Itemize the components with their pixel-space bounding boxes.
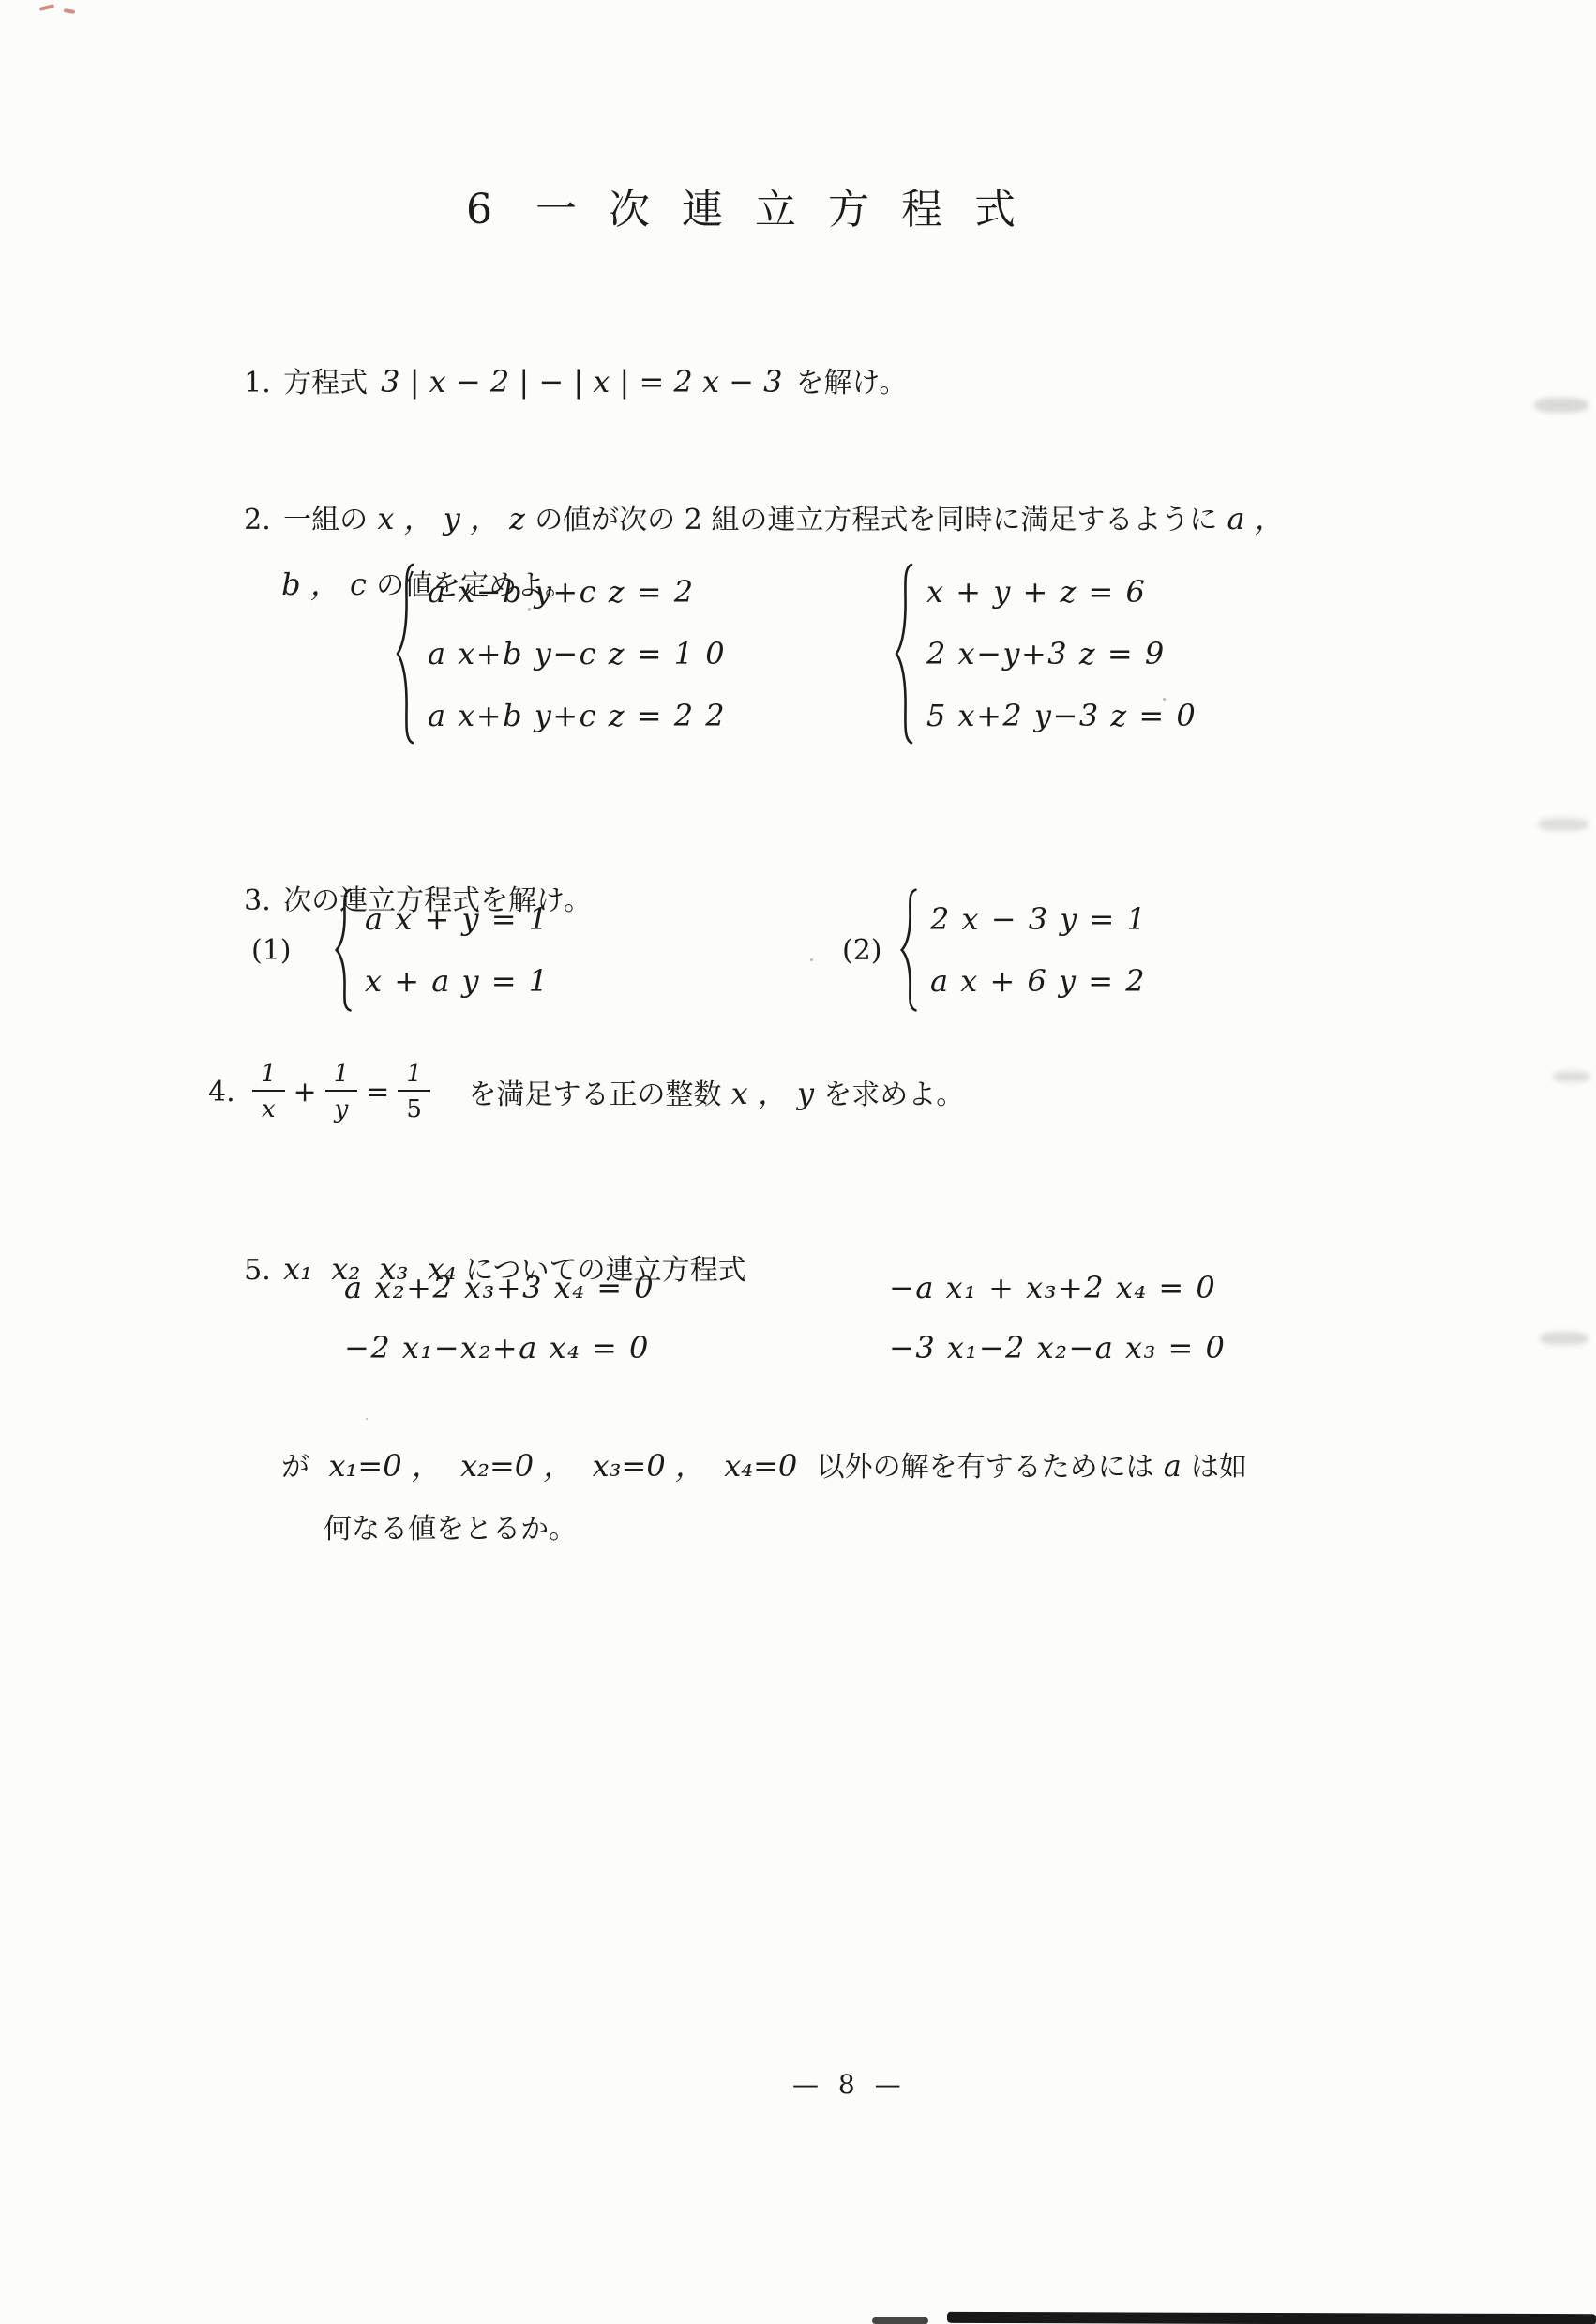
equation-row: a x + y = 1 xyxy=(365,888,550,950)
problem-1-equation: 3 | x − 2 | − | x | = 2 x − 3 xyxy=(381,364,782,400)
fraction-numerator: 1 xyxy=(325,1059,358,1092)
problem-5-text: 以外の解を有するためには xyxy=(817,1451,1154,1484)
problem-2-variables-bc: b ， c xyxy=(281,566,376,602)
equation-row: x + a y = 1 xyxy=(365,950,550,1012)
problem-5-variable-a: a xyxy=(1154,1448,1191,1484)
problem-1-number: 1. xyxy=(244,362,283,405)
left-brace-icon xyxy=(333,887,355,1013)
problem-2-variable-a: a ， xyxy=(1217,501,1284,536)
equation-system-3-2: 2 x − 3 y = 1 a x + 6 y = 2 xyxy=(898,887,1147,1013)
equation-row: −a x₁ + x₃+2 x₄ = 0 xyxy=(889,1267,1226,1308)
fraction-denominator: y xyxy=(335,1092,349,1124)
plus-operator: + xyxy=(294,1076,317,1109)
left-brace-icon xyxy=(394,561,418,747)
left-brace-icon xyxy=(893,561,917,747)
scan-artifact-bottom-edge xyxy=(947,2312,1596,2324)
equation-row: x + y + z = 6 xyxy=(926,561,1197,623)
fraction-denominator: 5 xyxy=(406,1092,422,1124)
problem-5-equations-left: a x₂+2 x₃+3 x₄ = 0 −2 x₁−x₂+a x₄ = 0 xyxy=(344,1267,655,1368)
fraction-denominator: x xyxy=(262,1092,276,1124)
problem-3-item-1-label: (1) xyxy=(251,934,292,967)
left-brace-icon xyxy=(898,887,921,1013)
problem-5-text: 何なる値をとるか。 xyxy=(324,1513,577,1546)
equation-row: a x+b y+c z = 2 2 xyxy=(428,685,726,747)
problem-4-number: 4. xyxy=(208,1076,248,1109)
equation-row: −2 x₁−x₂+a x₄ = 0 xyxy=(344,1327,655,1368)
scan-artifact-smudge xyxy=(1538,818,1588,831)
problem-4-suffix: を求めよ。 xyxy=(823,1071,964,1112)
problem-1: 1.方程式3 | x − 2 | − | x | = 2 x − 3を解け。 xyxy=(208,317,907,448)
fraction-numerator: 1 xyxy=(398,1059,430,1092)
problem-2-text: の値が次の 2 組の連立方程式を同時に満足するように xyxy=(535,504,1217,536)
equation-row: a x−b y+c z = 2 xyxy=(428,561,726,623)
equation-row: 2 x − 3 y = 1 xyxy=(930,888,1147,950)
equation-row: 2 x−y+3 z = 9 xyxy=(926,623,1197,685)
fraction-1-over-5: 1 5 xyxy=(398,1059,430,1124)
section-title-text: 一次連立方程式 xyxy=(535,186,1047,234)
scan-artifact-red xyxy=(64,8,75,14)
scan-artifact-bottom-edge xyxy=(872,2317,928,2324)
equation-system-right: x + y + z = 6 2 x−y+3 z = 9 5 x+2 y−3 z … xyxy=(893,561,1197,747)
problem-5-number: 5. xyxy=(244,1249,283,1292)
equation-row: a x + 6 y = 2 xyxy=(930,950,1147,1012)
equation-system-3-1: a x + y = 1 x + a y = 1 xyxy=(333,887,550,1013)
scan-artifact-smudge xyxy=(1534,398,1588,413)
problem-1-label: 方程式 xyxy=(283,367,368,400)
equals-operator: = xyxy=(366,1076,389,1109)
page-title: 6一次連立方程式 xyxy=(466,180,1047,240)
equation-row: a x+b y−c z = 1 0 xyxy=(428,623,726,685)
problem-5-equations-right: −a x₁ + x₃+2 x₄ = 0 −3 x₁−2 x₂−a x₃ = 0 xyxy=(889,1267,1226,1368)
scan-artifact-smudge xyxy=(1540,1332,1588,1345)
page-number: — 8 — xyxy=(792,2069,907,2100)
fraction-1-over-x: 1 x xyxy=(252,1059,285,1124)
problem-4: 4. 1 x + 1 y = 1 5 を満足する正の整数 x ， y を求めよ。 xyxy=(208,1039,964,1144)
equation-row: a x₂+2 x₃+3 x₄ = 0 xyxy=(344,1267,655,1308)
scan-artifact-red xyxy=(39,4,54,11)
problem-5-last-line: 何なる値をとるか。 xyxy=(288,1465,577,1594)
problem-5-text: は如 xyxy=(1191,1451,1247,1484)
equation-system-left: a x−b y+c z = 2 a x+b y−c z = 1 0 a x+b … xyxy=(394,561,726,747)
problem-3-item-2-label: (2) xyxy=(842,934,882,967)
problem-4-text: を満足する正の整数 xyxy=(459,1071,722,1112)
problem-1-suffix: を解け。 xyxy=(796,367,908,400)
equation-row: 5 x+2 y−3 z = 0 xyxy=(926,685,1197,747)
problem-4-variables: x ， y xyxy=(721,1070,823,1113)
section-number: 6 xyxy=(466,186,492,234)
equation-row: −3 x₁−2 x₂−a x₃ = 0 xyxy=(889,1327,1226,1368)
scanned-document-page: 6一次連立方程式 1.方程式3 | x − 2 | − | x | = 2 x … xyxy=(0,0,1596,2324)
fraction-numerator: 1 xyxy=(252,1059,285,1092)
scan-speck xyxy=(810,958,813,961)
problem-3-number: 3. xyxy=(244,880,283,923)
fraction-1-over-y: 1 y xyxy=(325,1059,358,1124)
scan-artifact-smudge xyxy=(1553,1071,1590,1082)
